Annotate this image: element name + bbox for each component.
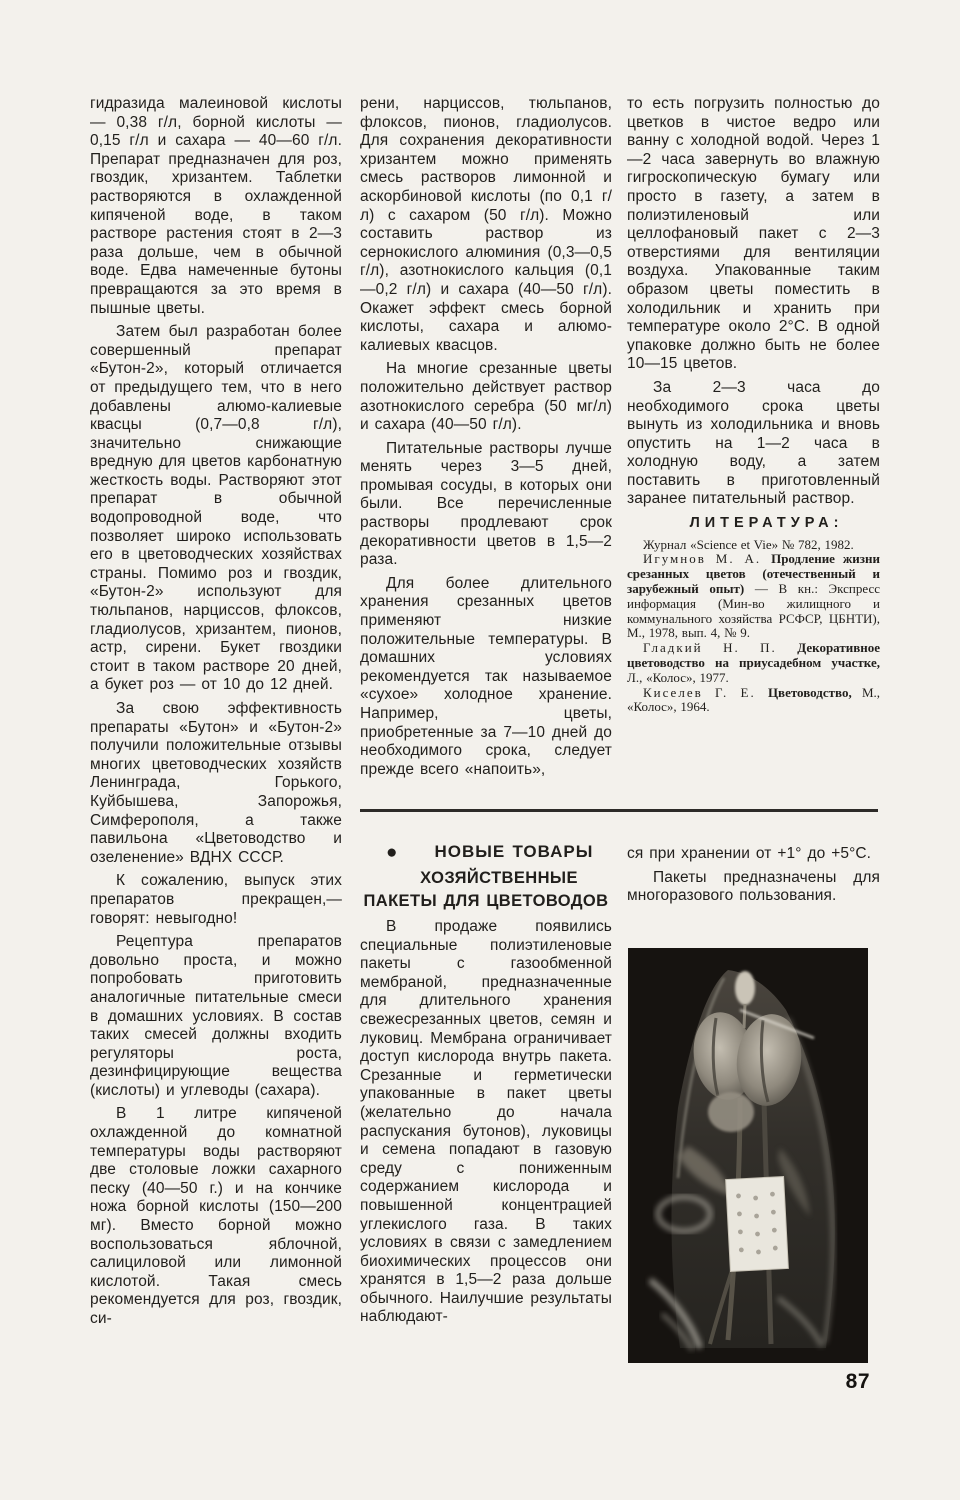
paragraph: В 1 литре кипяченой охлажденной до комна… bbox=[90, 1105, 342, 1328]
paragraph: то есть погрузить полностью до цветков в… bbox=[627, 95, 880, 374]
paragraph: За 2—3 часа до необходимого срока цветы … bbox=[627, 379, 880, 509]
literature-item: Киселев Г. Е. Цветоводство, М., «Колос»,… bbox=[627, 686, 880, 716]
column-2-text: рени, нарциссов, тюльпанов, флоксов, пио… bbox=[360, 95, 612, 784]
literature-item: Игумнов М. А. Продление жизни срезанных … bbox=[627, 552, 880, 641]
column-3-text: то есть погрузить полностью до цветков в… bbox=[627, 95, 880, 715]
article-body-column-3: ся при хранении от +1° до +5°С.Пакеты пр… bbox=[627, 845, 880, 911]
paragraph: Питательные растворы лучше менять через … bbox=[360, 440, 612, 570]
literature-header: ЛИТЕРАТУРА: bbox=[627, 514, 880, 533]
new-products-section: ● НОВЫЕ ТОВАРЫ ХОЗЯЙСТВЕННЫЕ ПАКЕТЫ ДЛЯ … bbox=[360, 843, 612, 1332]
paragraph: На многие срезанные цветы положительно д… bbox=[360, 360, 612, 434]
column-3-paragraphs: то есть погрузить полностью до цветков в… bbox=[627, 95, 880, 509]
paragraph: гидразида малеиновой кислоты — 0,38 г/л,… bbox=[90, 95, 342, 318]
photo-illustration bbox=[628, 948, 868, 1363]
column-1-text: гидразида малеиновой кислоты — 0,38 г/л,… bbox=[90, 95, 342, 1334]
literature-item: Гладкий Н. П. Декоративное цветоводство … bbox=[627, 641, 880, 685]
paragraph: ся при хранении от +1° до +5°С. bbox=[627, 845, 880, 864]
paragraph: Для более длительного хранения срезанных… bbox=[360, 575, 612, 780]
paragraph: Пакеты предназначены для многоразового п… bbox=[627, 869, 880, 906]
section-header-label: НОВЫЕ ТОВАРЫ bbox=[408, 843, 593, 862]
paragraph: Рецептура препаратов довольно проста, и … bbox=[90, 933, 342, 1100]
paragraph: рени, нарциссов, тюльпанов, флоксов, пио… bbox=[360, 95, 612, 355]
paragraph: К сожалению, выпуск этих препаратов прек… bbox=[90, 872, 342, 928]
article-title: ХОЗЯЙСТВЕННЫЕ ПАКЕТЫ ДЛЯ ЦВЕТОВОДОВ bbox=[360, 867, 612, 913]
page-number: 87 bbox=[790, 1370, 870, 1394]
literature-list: Журнал «Science et Vie» № 782, 1982.Игум… bbox=[627, 538, 880, 716]
paragraph: За свою эффективность препараты «Бутон» … bbox=[90, 700, 342, 867]
section-bullet-icon: ● bbox=[360, 843, 398, 862]
section-header: ● НОВЫЕ ТОВАРЫ bbox=[360, 843, 612, 862]
photo-tulips-in-polyethylene-bag bbox=[628, 948, 868, 1363]
paragraph: Затем был разработан более совершенный п… bbox=[90, 323, 342, 695]
article-body-column-2: В продаже появились специальные полиэтил… bbox=[360, 918, 612, 1327]
literature-item: Журнал «Science et Vie» № 782, 1982. bbox=[627, 538, 880, 553]
scanned-magazine-page: { "page": { "number": "87", "background_… bbox=[0, 0, 960, 1500]
section-divider-rule bbox=[360, 809, 878, 812]
paragraph: В продаже появились специальные полиэтил… bbox=[360, 918, 612, 1327]
membrane-patch bbox=[726, 1177, 789, 1272]
